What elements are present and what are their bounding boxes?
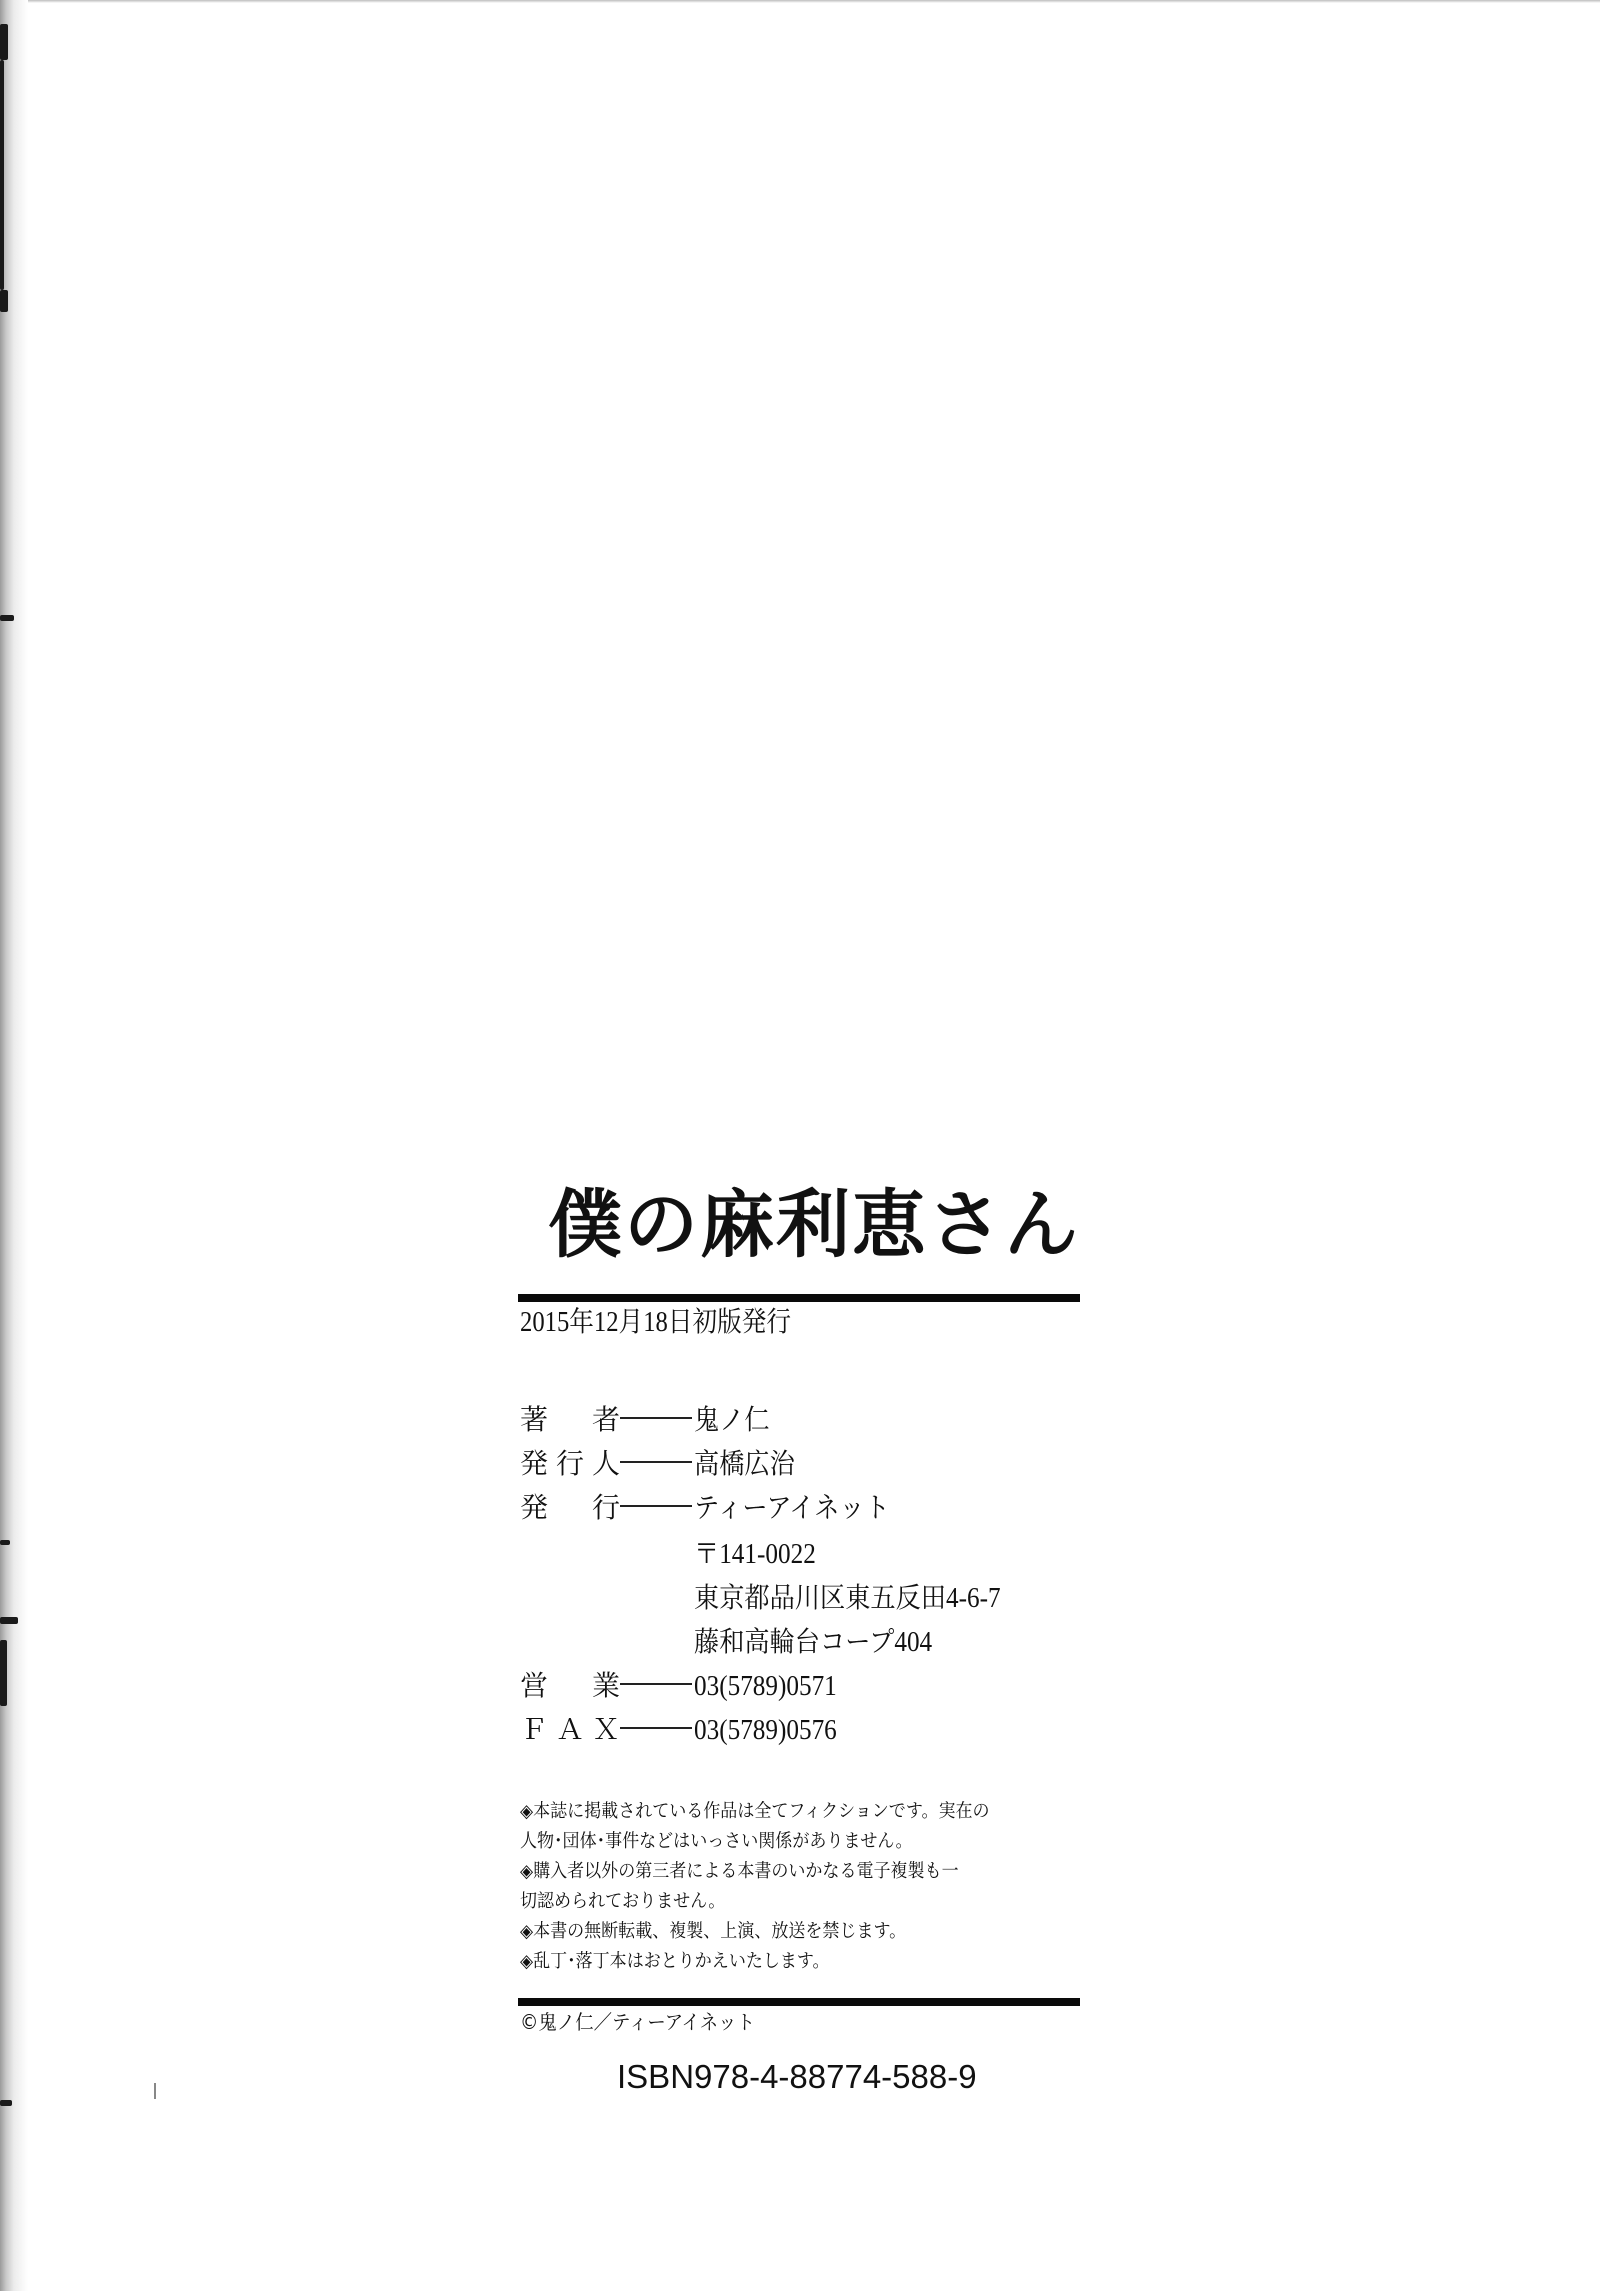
contact-label: ＦＡＸ (520, 1708, 620, 1748)
address-line-2: 藤和高輪台コープ404 (694, 1620, 932, 1660)
binding-mark (0, 290, 8, 312)
contact-row-sales: 営 業 03(5789)0571 (520, 1664, 853, 1704)
notice-digital-copy: ◈購入者以外の第三者による本書のいかなる電子複製も一 (520, 1857, 1040, 1887)
credit-row-publisher: 発 行 ティーアイネット (520, 1486, 912, 1526)
scan-binding-edge (0, 0, 28, 2291)
page-top-edge (0, 0, 1600, 3)
fax-number: 03(5789)0576 (694, 1715, 837, 1747)
stray-scan-mark (154, 2083, 156, 2099)
contact-row-fax: ＦＡＸ 03(5789)0576 (520, 1708, 853, 1748)
dash-leader (620, 1683, 692, 1685)
publisher-person-name: 高橋広治 (694, 1442, 795, 1482)
binding-mark (0, 1617, 18, 1624)
credit-label: 著 者 (520, 1398, 620, 1438)
copyright-line: ©鬼ノ仁／ティーアイネット (520, 2010, 755, 2034)
credit-row-publisher-person: 発行人 高橋広治 (520, 1442, 806, 1482)
postal-code: 〒141-0022 (694, 1532, 816, 1572)
dash-leader (620, 1417, 692, 1419)
notice-defective-copies: ◈乱丁･落丁本はおとりかえいたします。 (520, 1947, 1040, 1977)
credit-row-author: 著 者 鬼ノ仁 (520, 1398, 778, 1438)
dash-leader (620, 1505, 692, 1507)
notice-reproduction: ◈本書の無断転載、複製、上演、放送を禁じます。 (520, 1917, 1040, 1947)
address-line-1: 東京都品川区東五反田4-6-7 (694, 1576, 1001, 1616)
binding-mark (0, 2100, 12, 2106)
book-title: 僕の麻利恵さん (548, 1188, 1080, 1262)
sales-phone: 03(5789)0571 (694, 1671, 837, 1703)
credit-label: 発行人 (520, 1442, 620, 1482)
legal-notices: ◈本誌に掲載されている作品は全てフィクションです。実在の 人物･団体･事件などは… (520, 1797, 1085, 1977)
publication-date: 2015年12月18日初版発行 (520, 1306, 791, 1340)
binding-mark (0, 60, 4, 290)
notice-fiction-cont: 人物･団体･事件などはいっさい関係がありません。 (520, 1827, 1040, 1857)
binding-mark (0, 615, 14, 621)
publisher-name: ティーアイネット (694, 1486, 890, 1526)
dash-leader (620, 1727, 692, 1729)
binding-mark (0, 1640, 7, 1706)
notice-fiction: ◈本誌に掲載されている作品は全てフィクションです。実在の (520, 1797, 1040, 1827)
title-rule (518, 1294, 1080, 1302)
footer-rule (518, 1998, 1080, 2006)
author-name: 鬼ノ仁 (694, 1398, 770, 1438)
notice-digital-copy-cont: 切認められておりません。 (520, 1887, 1040, 1917)
binding-mark (0, 24, 8, 60)
binding-mark (0, 1540, 10, 1545)
isbn: ISBN978-4-88774-588-9 (617, 2059, 977, 2095)
contact-label: 営 業 (520, 1664, 620, 1704)
dash-leader (620, 1461, 692, 1463)
credit-label: 発 行 (520, 1486, 620, 1526)
